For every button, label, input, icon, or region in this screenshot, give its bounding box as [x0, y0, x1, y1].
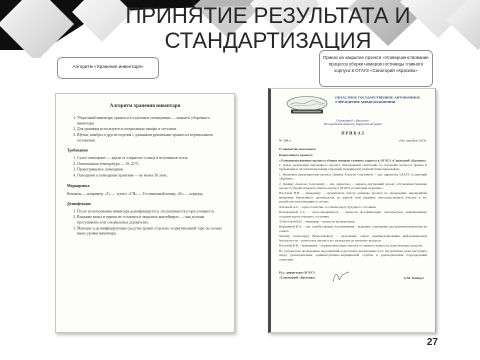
right-callout-label: Приказ на закрытие проекта «Усовершенств…	[320, 51, 432, 74]
order-paragraph: Нарушевой В.А. – зав. службы приема и ра…	[279, 225, 427, 233]
number-date-row: № 398-а «06» декабря 2023г.	[279, 139, 427, 143]
order-paragraph: Изотовой В.В. – менеджеру – организовать…	[279, 192, 427, 205]
order-document-page: ОБЛАСТНОЕ ГОСУДАРСТВЕННОЕ АВТОНОМНОЕ УЧР…	[268, 88, 436, 333]
signature-org: «Санаторий «Красиво»	[279, 275, 316, 280]
marking-heading: Маркировка	[67, 183, 223, 188]
emblem-logo-icon	[286, 96, 328, 117]
subject-line-1: О закрытии локального	[279, 147, 374, 152]
org-name: ОБЛАСТНОЕ ГОСУДАРСТВЕННОЕ АВТОНОМНОЕ УЧР…	[335, 96, 427, 105]
presentation-slide: ПРИНЯТИЕ РЕЗУЛЬТАТА И СТАНДАРТИЗАЦИЯ Алг…	[0, 0, 480, 360]
subject-line-2: Бережливого проекта	[279, 153, 374, 158]
signature-name: А.М. Кницух	[403, 276, 427, 280]
intro-text: С целью реализации внутреннего проекта «…	[279, 163, 427, 171]
order-paragraph: 1. Назначить руководителем проекта Демин…	[279, 173, 427, 181]
intro-paragraph: «Усовершенствование процесса уборки номе…	[279, 159, 427, 172]
signature-block: И.о. директора ОГАУЗ «Санаторий «Красиво…	[279, 270, 427, 284]
left-callout-label: Алгоритм «Хранение инвентаря»	[58, 58, 158, 69]
disinfection-list: После использования инвентарь дезинфицир…	[67, 209, 223, 237]
algorithm-title: Алгоритм хранения инвентаря	[67, 103, 223, 109]
list-item: Сухое помещение — вдали от открытого сол…	[77, 156, 223, 161]
list-item: Оптимальная температура — 10–22°С	[77, 161, 223, 166]
project-name: «Усовершенствование процесса уборки номе…	[279, 159, 427, 163]
disinfection-heading: Дезинфекция	[67, 201, 223, 206]
list-item: Для хранения используются специальные шк…	[77, 127, 223, 132]
signature-icon	[331, 271, 351, 284]
doc-type: ПРИКАЗ	[279, 131, 427, 136]
marking-text: Комнаты — например, «Т» — туалет, «ГН» —…	[67, 191, 223, 197]
list-item: Моющие и дезинфицирующие средства хранят…	[77, 226, 223, 237]
right-callout: Приказ на закрытие проекта «Усовершенств…	[319, 50, 433, 87]
org-location: Белгородская область, Борисовский район	[279, 123, 427, 127]
list-item: Проветриваемое помещение.	[77, 167, 223, 172]
signature-title-block: И.о. директора ОГАУЗ «Санаторий «Красиво…	[279, 270, 316, 281]
order-paragraph: Изотовой В.В. – менеджеру – организовать…	[279, 244, 427, 248]
doc-date: «06» декабря 2023г.	[399, 139, 427, 143]
doc-number: № 398-а	[279, 139, 291, 143]
requirements-list: Сухое помещение — вдали от открытого сол…	[67, 156, 223, 179]
requirements-heading: Требования	[67, 148, 223, 153]
algorithm-document-content: Алгоритм хранения инвентаря Уборочный ин…	[56, 94, 234, 332]
list-item: Щётки, швабры и другие изделия с длинным…	[77, 132, 223, 143]
algorithm-document-page: Алгоритм хранения инвентаря Уборочный ин…	[55, 93, 235, 333]
list-item: Освещение в помещении хранения — не мене…	[77, 173, 223, 178]
list-item: Влажные мопы и тряпки не оставлять в зак…	[77, 215, 223, 226]
order-paragraph: Ткачеву Александру Вячеславовичу – начал…	[279, 235, 427, 243]
storage-rules-list: Уборочный инвентарь хранится в отдельных…	[67, 116, 223, 144]
order-paragraph: 2. Демину Алексею Сергеевичу – зам. дире…	[279, 182, 427, 190]
list-item: Уборочный инвентарь хранится в отдельных…	[77, 116, 223, 127]
page-number: 27	[427, 337, 438, 348]
order-document-content: ОБЛАСТНОЕ ГОСУДАРСТВЕННОЕ АВТОНОМНОЕ УЧР…	[271, 89, 435, 332]
order-paragraph: Лаптевой А.С. – врач-статистик: составит…	[279, 205, 427, 209]
order-header: ОБЛАСТНОЕ ГОСУДАРСТВЕННОЕ АВТОНОМНОЕ УЧР…	[279, 96, 427, 117]
left-callout: Алгоритм «Хранение инвентаря»	[57, 57, 159, 79]
slide-title: ПРИНЯТИЕ РЕЗУЛЬТАТА И СТАНДАРТИЗАЦИЯ	[56, 4, 480, 53]
order-body: 1. Назначить руководителем проекта Демин…	[279, 173, 427, 262]
order-paragraph: По результатам проведенных мероприятий п…	[279, 249, 427, 262]
order-paragraph: 3) Изотовой В.В. – менеджер – провести х…	[279, 220, 427, 224]
list-item: После использования инвентарь дезинфицир…	[77, 209, 223, 214]
order-paragraph: Пономаревой С.С. – врач-эндокринолог – п…	[279, 211, 427, 219]
